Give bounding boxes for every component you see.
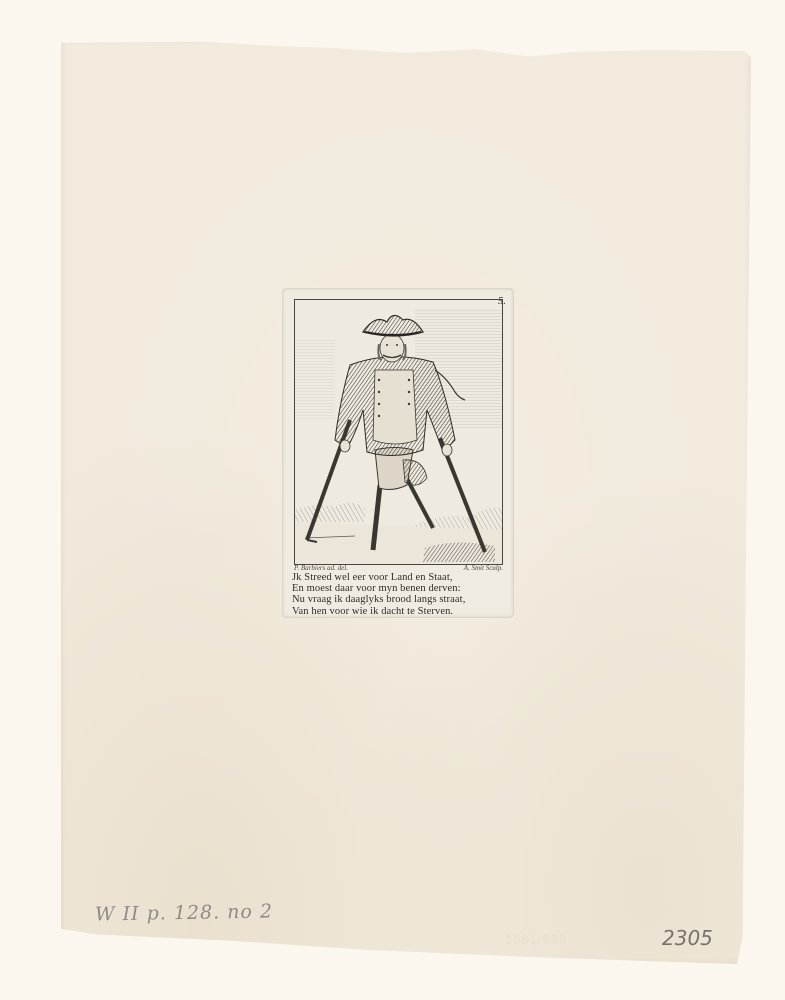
verse-line: Jk Streed wel eer voor Land en Staat, [292,572,505,583]
soldier-on-crutches-illustration [295,300,502,564]
verse-caption: Jk Streed wel eer voor Land en Staat, En… [292,572,505,617]
plate-number: 5. [498,295,506,307]
etching-image [294,299,503,565]
verse-line: Van hen voor wie ik dacht te Sterven. [292,606,505,617]
pencil-annotation-number: 2305 [662,926,713,950]
etching-plate: 5. P. Barbiers ad. del. A. Smit Sculp. J… [282,288,514,618]
verse-line: Nu vraag ik daaglyks brood langs straat, [292,594,505,605]
pencil-annotation-catalog-ref: W II p. 128. no 2 [95,900,273,925]
verse-line: En moest daar voor myn benen derven: [292,583,505,594]
faint-inventory-stamp: 1981/888 [505,932,567,947]
